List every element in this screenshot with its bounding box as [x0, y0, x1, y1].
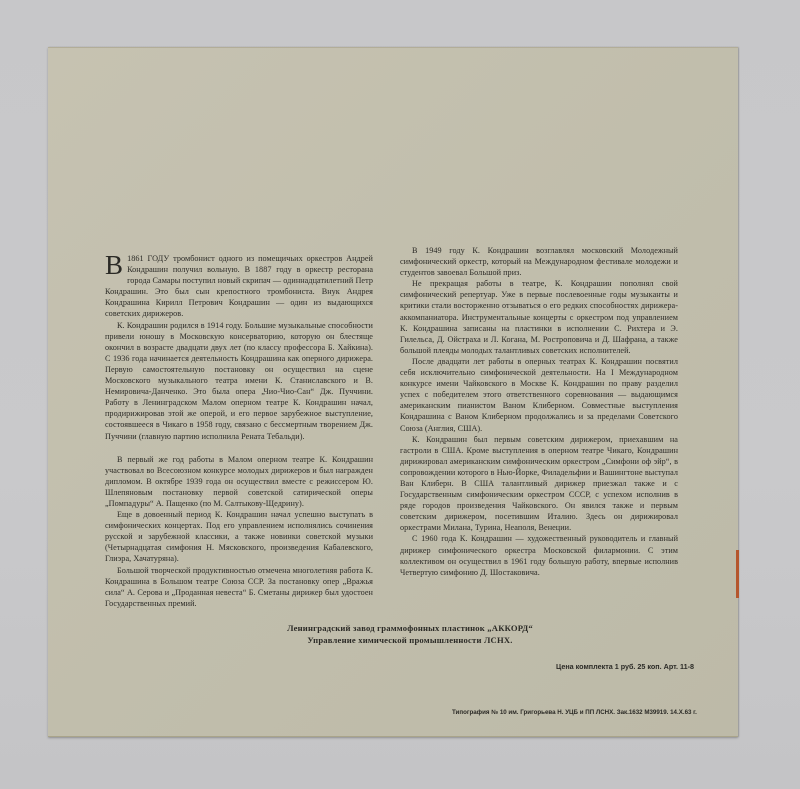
liner-notes-right-column: В 1949 году К. Кондрашин возглавлял моск…: [400, 245, 678, 578]
paragraph: В первый же год работы в Малом оперном т…: [105, 454, 373, 509]
paragraph: Большой творческой продуктивностью отмеч…: [105, 565, 373, 609]
paragraph: После двадцати лет работы в оперных теат…: [400, 356, 678, 434]
paragraph: В 1949 году К. Кондрашин возглавлял моск…: [400, 245, 678, 278]
paragraph: К. Кондрашин был первым советским дириже…: [400, 434, 678, 534]
publisher-line-1: Ленинградский завод граммофонных пластин…: [250, 622, 570, 634]
liner-notes-left-column: В1861 ГОДУ тромбонист одного из помещичь…: [105, 253, 373, 609]
price-label: Цена комплекта 1 руб. 25 коп. Арт. 11-8: [556, 662, 706, 671]
publisher-line-2: Управление химической промышленности ЛСН…: [250, 634, 570, 646]
printer-imprint: Типография № 10 им. Григорьева Н. УЦБ и …: [452, 709, 742, 716]
paragraph: С 1960 года К. Кондрашин — художественны…: [400, 533, 678, 577]
publisher-info: Ленинградский завод граммофонных пластин…: [250, 622, 570, 646]
sleeve-edge-color-strip: [736, 550, 739, 598]
drop-cap: В: [105, 254, 123, 276]
paragraph: Не прекращая работы в театре, К. Кондраш…: [400, 278, 678, 356]
paragraph: Еще в довоенный период К. Кондрашин нача…: [105, 509, 373, 564]
paragraph: К. Кондрашин родился в 1914 году. Больши…: [105, 320, 373, 442]
paragraph: В1861 ГОДУ тромбонист одного из помещичь…: [105, 253, 373, 320]
